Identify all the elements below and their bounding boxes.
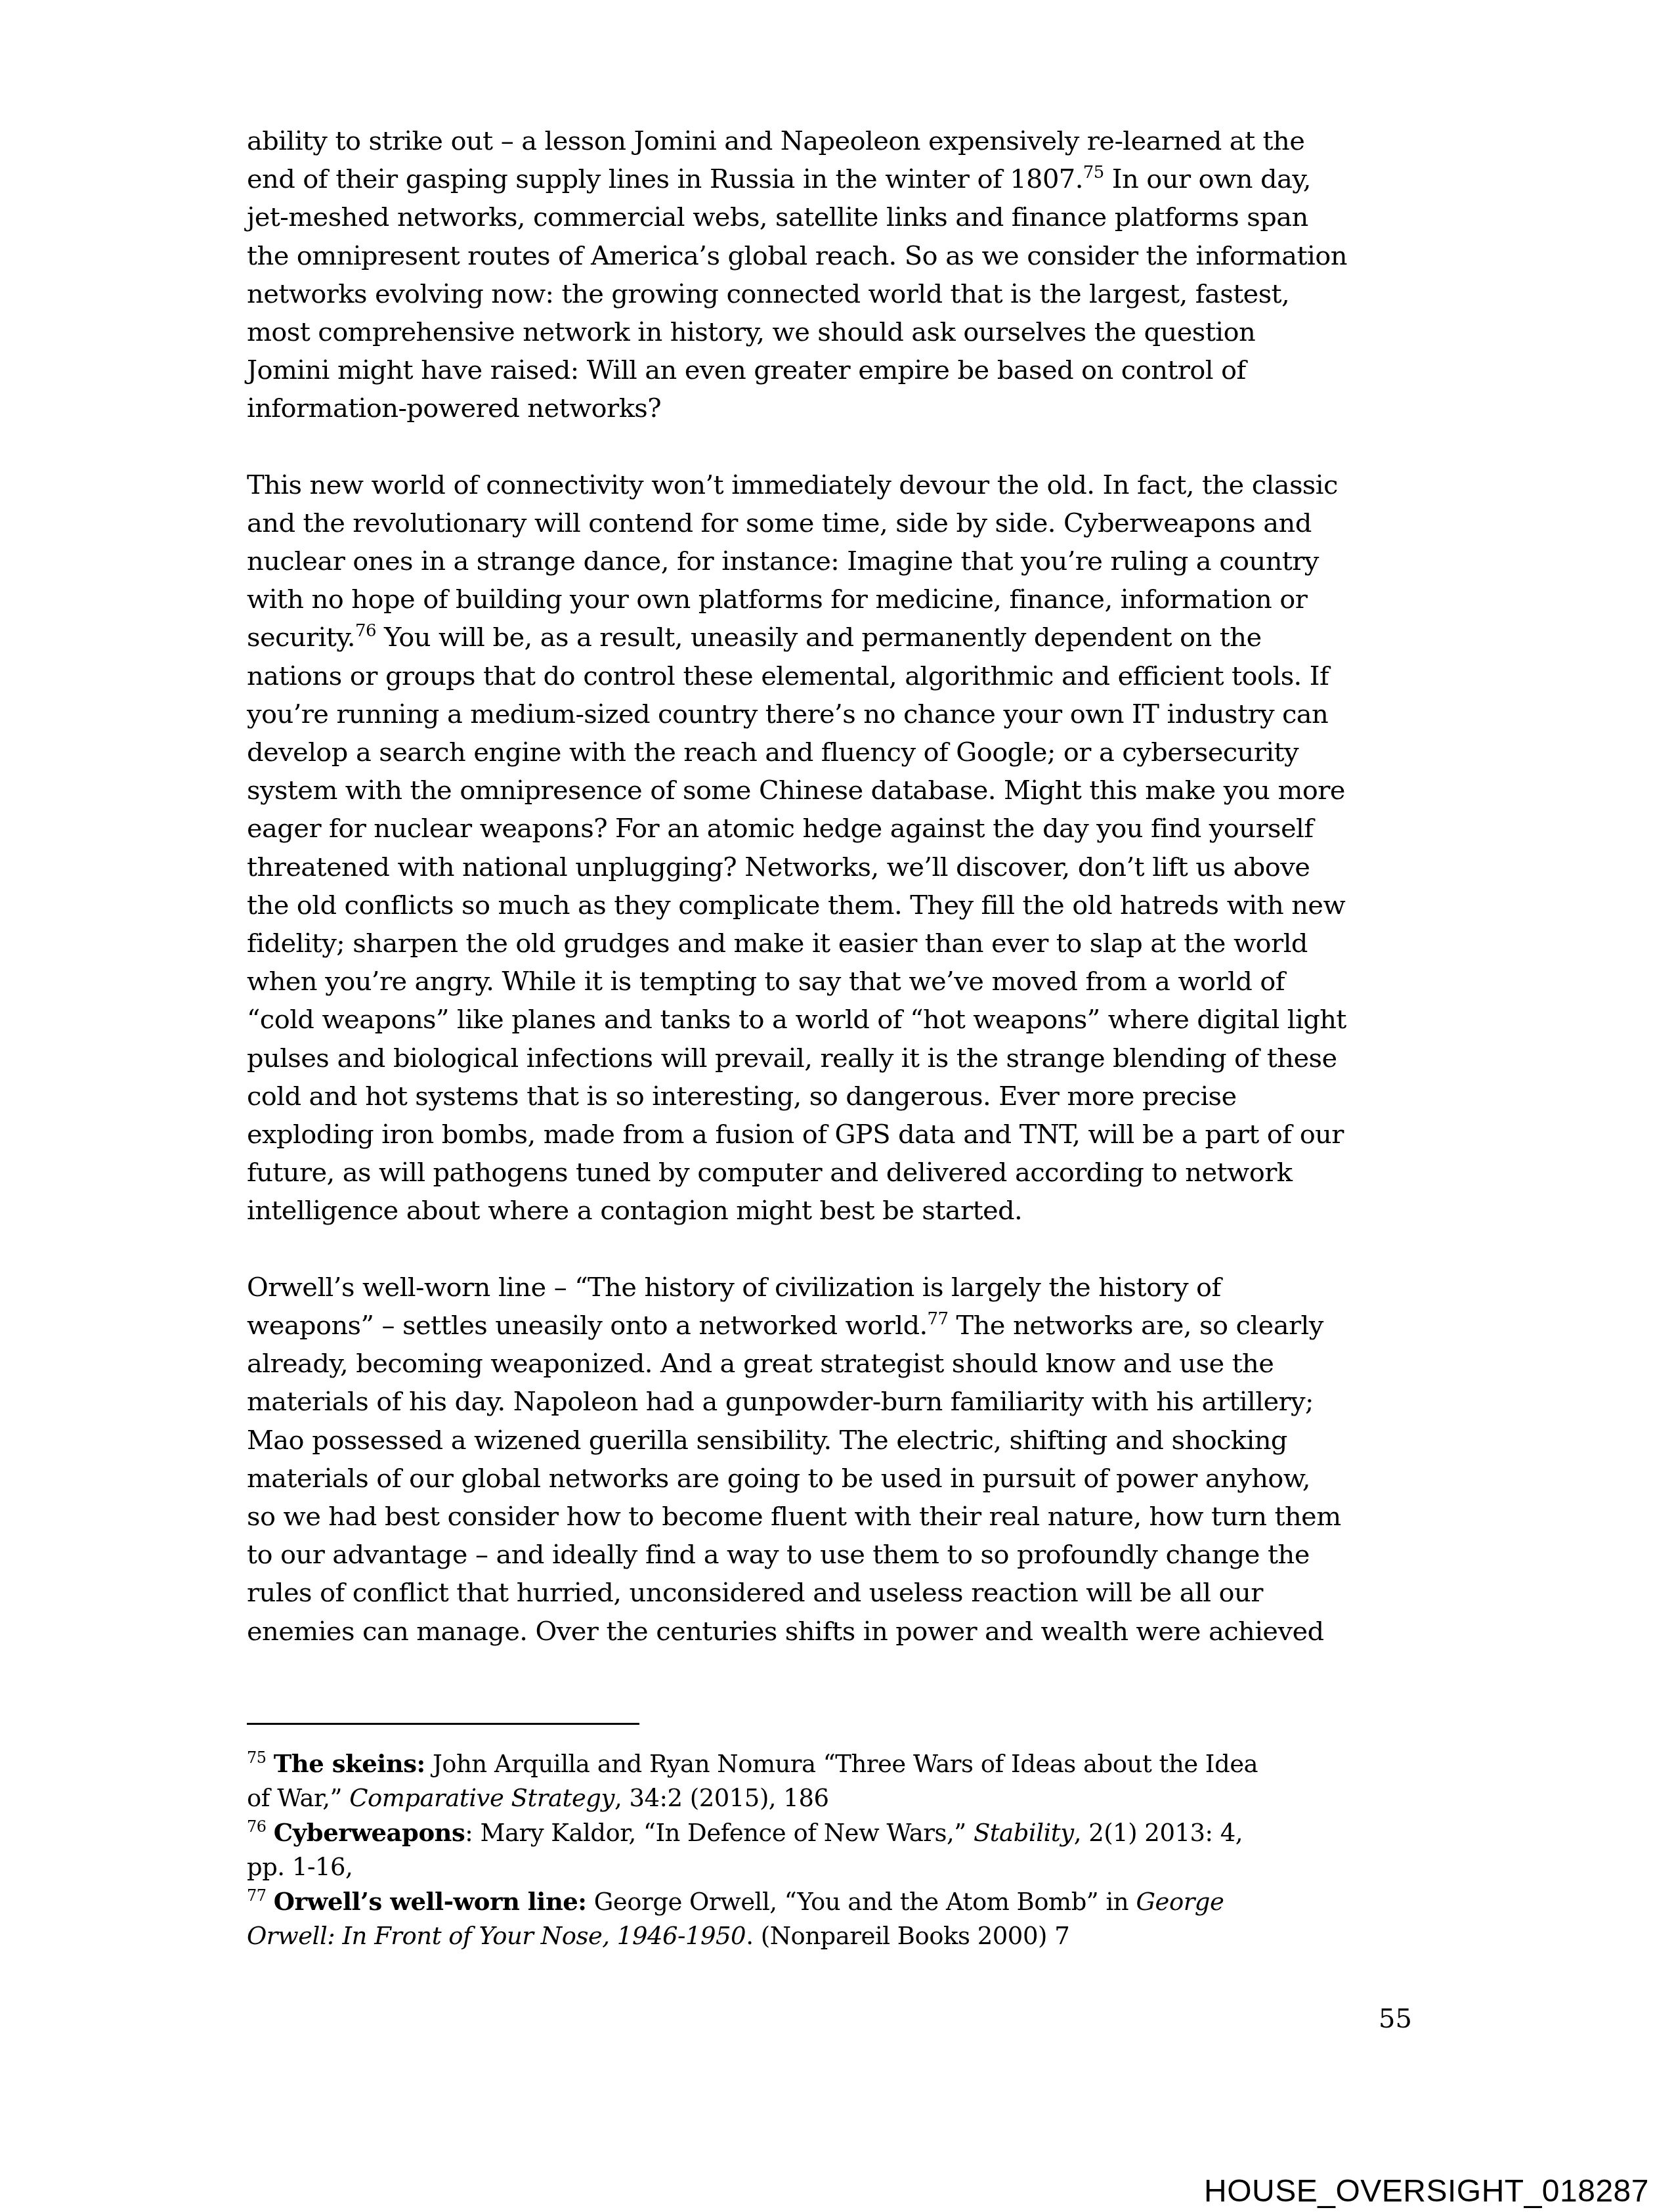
footnote-heading: Cyberweapons [274, 1818, 465, 1847]
text-line: nations or groups that do control these … [247, 657, 1422, 695]
text-line: enemies can manage. Over the centuries s… [247, 1613, 1422, 1651]
footnote-76: 76 Cyberweapons: Mary Kaldor, “In Defenc… [247, 1815, 1422, 1884]
footnote-75: 75 The skeins: John Arquilla and Ryan No… [247, 1746, 1422, 1815]
footnote-separator [247, 1723, 639, 1725]
footnotes: 75 The skeins: John Arquilla and Ryan No… [247, 1746, 1422, 1953]
text-line: This new world of connectivity won’t imm… [247, 466, 1422, 504]
text-line: intelligence about where a contagion mig… [247, 1192, 1422, 1230]
text-line: materials of his day. Napoleon had a gun… [247, 1383, 1422, 1421]
text-line: system with the omnipresence of some Chi… [247, 771, 1422, 810]
footnote-ref-76[interactable]: 76 [355, 621, 376, 641]
paragraph-2: This new world of connectivity won’t imm… [247, 466, 1422, 1230]
text-line: with no hope of building your own platfo… [247, 580, 1422, 618]
text-line: exploding iron bombs, made from a fusion… [247, 1116, 1422, 1154]
text-line: the omnipresent routes of America’s glob… [247, 237, 1422, 275]
text-line: information-powered networks? [247, 389, 1422, 427]
document-page: ability to strike out – a lesson Jomini … [0, 0, 1674, 2212]
text-line: security.76 You will be, as a result, un… [247, 618, 1422, 657]
text-line: fidelity; sharpen the old grudges and ma… [247, 924, 1422, 963]
text-line: cold and hot systems that is so interest… [247, 1077, 1422, 1116]
text-line: nuclear ones in a strange dance, for ins… [247, 542, 1422, 580]
book-title: Orwell: In Front of Your Nose, 1946-1950 [247, 1922, 746, 1950]
text-line: the old conflicts so much as they compli… [247, 886, 1422, 924]
text-line: Orwell’s well-worn line – “The history o… [247, 1269, 1422, 1307]
footnote-number: 75 [247, 1748, 267, 1767]
text-line: you’re running a medium-sized country th… [247, 695, 1422, 733]
text-line: Mao possessed a wizened guerilla sensibi… [247, 1421, 1422, 1460]
text-line: already, becoming weaponized. And a grea… [247, 1345, 1422, 1383]
text-line: end of their gasping supply lines in Rus… [247, 160, 1422, 198]
text-line: Jomini might have raised: Will an even g… [247, 351, 1422, 389]
bates-stamp: HOUSE_OVERSIGHT_018287 [1204, 2173, 1649, 2209]
footnote-heading: Orwell’s well-worn line: [274, 1887, 587, 1916]
journal-title: Stability [974, 1819, 1074, 1847]
text-line: threatened with national unplugging? Net… [247, 848, 1422, 886]
text-line: pulses and biological infections will pr… [247, 1039, 1422, 1077]
text-line: most comprehensive network in history, w… [247, 313, 1422, 351]
paragraph-3: Orwell’s well-worn line – “The history o… [247, 1269, 1422, 1651]
text-line: when you’re angry. While it is tempting … [247, 963, 1422, 1001]
text-line: rules of conflict that hurried, unconsid… [247, 1574, 1422, 1612]
paragraph-1: ability to strike out – a lesson Jomini … [247, 122, 1422, 428]
text-line: “cold weapons” like planes and tanks to … [247, 1001, 1422, 1039]
text-line: jet-meshed networks, commercial webs, sa… [247, 198, 1422, 236]
footnote-77: 77 Orwell’s well-worn line: George Orwel… [247, 1884, 1422, 1953]
text-line: ability to strike out – a lesson Jomini … [247, 122, 1422, 160]
journal-title: Comparative Strategy [349, 1784, 614, 1812]
footnote-ref-77[interactable]: 77 [928, 1309, 949, 1329]
page-number: 55 [1379, 2004, 1412, 2034]
text-line: develop a search engine with the reach a… [247, 733, 1422, 771]
footnote-ref-75[interactable]: 75 [1083, 163, 1104, 183]
text-line: so we had best consider how to become fl… [247, 1498, 1422, 1536]
text-line: eager for nuclear weapons? For an atomic… [247, 810, 1422, 848]
body-text: ability to strike out – a lesson Jomini … [247, 122, 1422, 1689]
footnote-heading: The skeins: [274, 1749, 425, 1778]
text-line: networks evolving now: the growing conne… [247, 275, 1422, 313]
text-line: future, as will pathogens tuned by compu… [247, 1154, 1422, 1192]
book-title: George [1136, 1888, 1224, 1916]
footnote-number: 76 [247, 1817, 267, 1836]
text-line: materials of our global networks are goi… [247, 1460, 1422, 1498]
text-line: to our advantage – and ideally find a wa… [247, 1536, 1422, 1574]
text-line: weapons” – settles uneasily onto a netwo… [247, 1307, 1422, 1345]
footnote-number: 77 [247, 1886, 267, 1905]
text-line: and the revolutionary will contend for s… [247, 504, 1422, 542]
